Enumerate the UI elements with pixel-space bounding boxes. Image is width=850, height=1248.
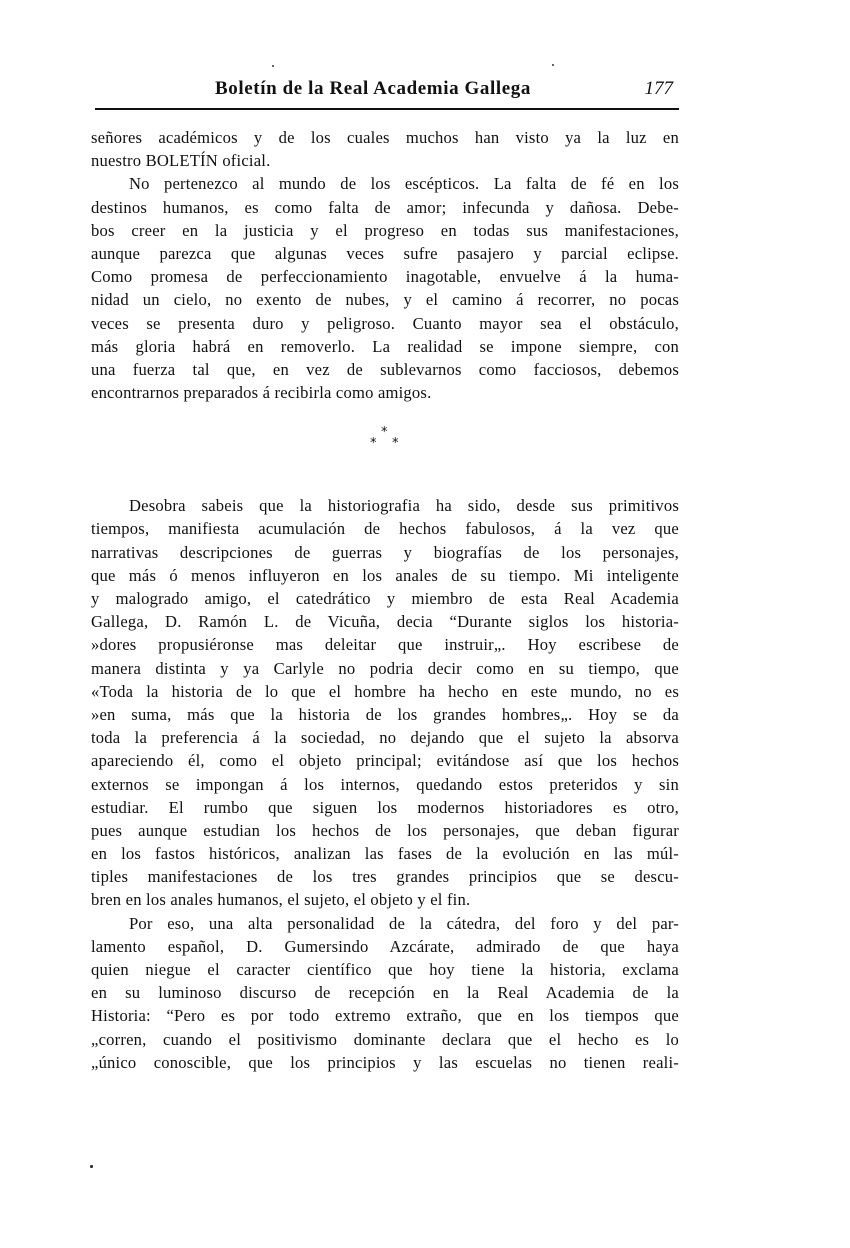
running-head: Boletín de la Real Academia Gallega 177 xyxy=(95,76,679,106)
text-line: narrativas descripciones de guerras y bi… xyxy=(91,541,679,564)
text-line: Desobra sabeis que la historiografia ha … xyxy=(91,494,679,517)
paragraph-3: Desobra sabeis que la historiografia ha … xyxy=(91,494,679,911)
text-line: »en suma, más que la historia de los gra… xyxy=(91,703,679,726)
header-rule xyxy=(95,108,679,110)
asterisk-icon: * xyxy=(392,437,399,450)
text-line: tiempos, manifiesta acumulación de hecho… xyxy=(91,517,679,540)
paragraph-2: No pertenezco al mundo de los escépticos… xyxy=(91,172,679,404)
text-line: que más ó menos influyeron en los anales… xyxy=(91,564,679,587)
running-title: Boletín de la Real Academia Gallega xyxy=(215,78,531,100)
scan-speck xyxy=(272,65,274,67)
text-line: una fuerza tal que, en vez de sublevarno… xyxy=(91,358,679,381)
text-line: Gallega, D. Ramón L. de Vicuña, decia “D… xyxy=(91,610,679,633)
text-line: No pertenezco al mundo de los escépticos… xyxy=(91,172,679,195)
text-line: en su luminoso discurso de recepción en … xyxy=(91,981,679,1004)
text-line: externos se impongan á los internos, que… xyxy=(91,773,679,796)
text-line: encontrarnos preparados á recibirla como… xyxy=(91,381,679,404)
text-line: veces se presenta duro y peligroso. Cuan… xyxy=(91,312,679,335)
text-line: lamento español, D. Gumersindo Azcárate,… xyxy=(91,935,679,958)
text-line: estudiar. El rumbo que siguen los modern… xyxy=(91,796,679,819)
text-line: „único conoscible, que los principios y … xyxy=(91,1051,679,1074)
text-line: y malogrado amigo, el catedrático y miem… xyxy=(91,587,679,610)
text-line: señores académicos y de los cuales mucho… xyxy=(91,126,679,149)
asterism-separator: * * * xyxy=(91,404,679,494)
asterisk-icon: * xyxy=(370,437,377,450)
scan-speck xyxy=(90,1165,93,1168)
text-line: „corren, cuando el positivismo dominante… xyxy=(91,1028,679,1051)
text-line: en los fastos históricos, analizan las f… xyxy=(91,842,679,865)
text-line: quien niegue el caracter científico que … xyxy=(91,958,679,981)
paragraph-4: Por eso, una alta personalidad de la cát… xyxy=(91,912,679,1074)
text-line: nidad un cielo, no exento de nubes, y el… xyxy=(91,288,679,311)
text-line: toda la preferencia á la sociedad, no de… xyxy=(91,726,679,749)
text-line: Como promesa de perfeccionamiento inagot… xyxy=(91,265,679,288)
scan-speck xyxy=(552,64,554,66)
text-line: apareciendo él, como el objeto principal… xyxy=(91,749,679,772)
text-line: Historia: “Pero es por todo extremo extr… xyxy=(91,1004,679,1027)
text-line: bren en los anales humanos, el sujeto, e… xyxy=(91,888,679,911)
page-number: 177 xyxy=(645,78,674,100)
body-text: señores académicos y de los cuales mucho… xyxy=(91,126,679,1074)
text-line: manera distinta y ya Carlyle no podria d… xyxy=(91,657,679,680)
text-line: más gloria habrá en removerlo. La realid… xyxy=(91,335,679,358)
text-line: Por eso, una alta personalidad de la cát… xyxy=(91,912,679,935)
text-line: «Toda la historia de lo que el hombre ha… xyxy=(91,680,679,703)
text-line: destinos humanos, es como falta de amor;… xyxy=(91,196,679,219)
paragraph-1: señores académicos y de los cuales mucho… xyxy=(91,126,679,172)
text-line: nuestro BOLETÍN oficial. xyxy=(91,149,679,172)
text-line: aunque parezca que algunas veces sufre p… xyxy=(91,242,679,265)
asterisk-icon: * xyxy=(381,426,388,439)
text-line: pues aunque estudian los hechos de los p… xyxy=(91,819,679,842)
text-line: »dores propusiéronse mas deleitar que in… xyxy=(91,633,679,656)
document-page: Boletín de la Real Academia Gallega 177 … xyxy=(0,0,850,1248)
text-line: tiples manifestaciones de los tres grand… xyxy=(91,865,679,888)
text-line: bos creer en la justicia y el progreso e… xyxy=(91,219,679,242)
